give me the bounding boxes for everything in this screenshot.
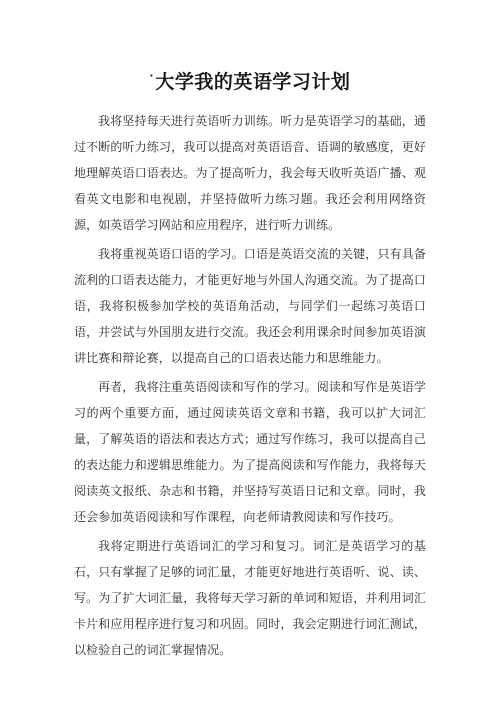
document-body: 我将坚持每天进行英语听力训练。听力是英语学习的基础，通过不断的听力练习，我可以提… [74, 108, 426, 663]
paragraph-speaking: 我将重视英语口语的学习。口语是英语交流的关键，只有具备流利的口语表达能力，才能更… [74, 241, 426, 371]
paragraph-reading-writing: 再者，我将注重英语阅读和写作的学习。阅读和写作是英语学习的两个重要方面，通过阅读… [74, 374, 426, 530]
document-title-text: 大学我的英语学习计划 [155, 72, 350, 93]
title-dot-mark: · [150, 62, 155, 90]
document-page: ·大学我的英语学习计划 我将坚持每天进行英语听力训练。听力是英语学习的基础，通过… [74, 0, 426, 663]
paragraph-listening: 我将坚持每天进行英语听力训练。听力是英语学习的基础，通过不断的听力练习，我可以提… [74, 108, 426, 238]
paragraph-vocabulary: 我将定期进行英语词汇的学习和复习。词汇是英语学习的基石，只有掌握了足够的词汇量，… [74, 533, 426, 663]
document-title: ·大学我的英语学习计划 [74, 62, 426, 97]
